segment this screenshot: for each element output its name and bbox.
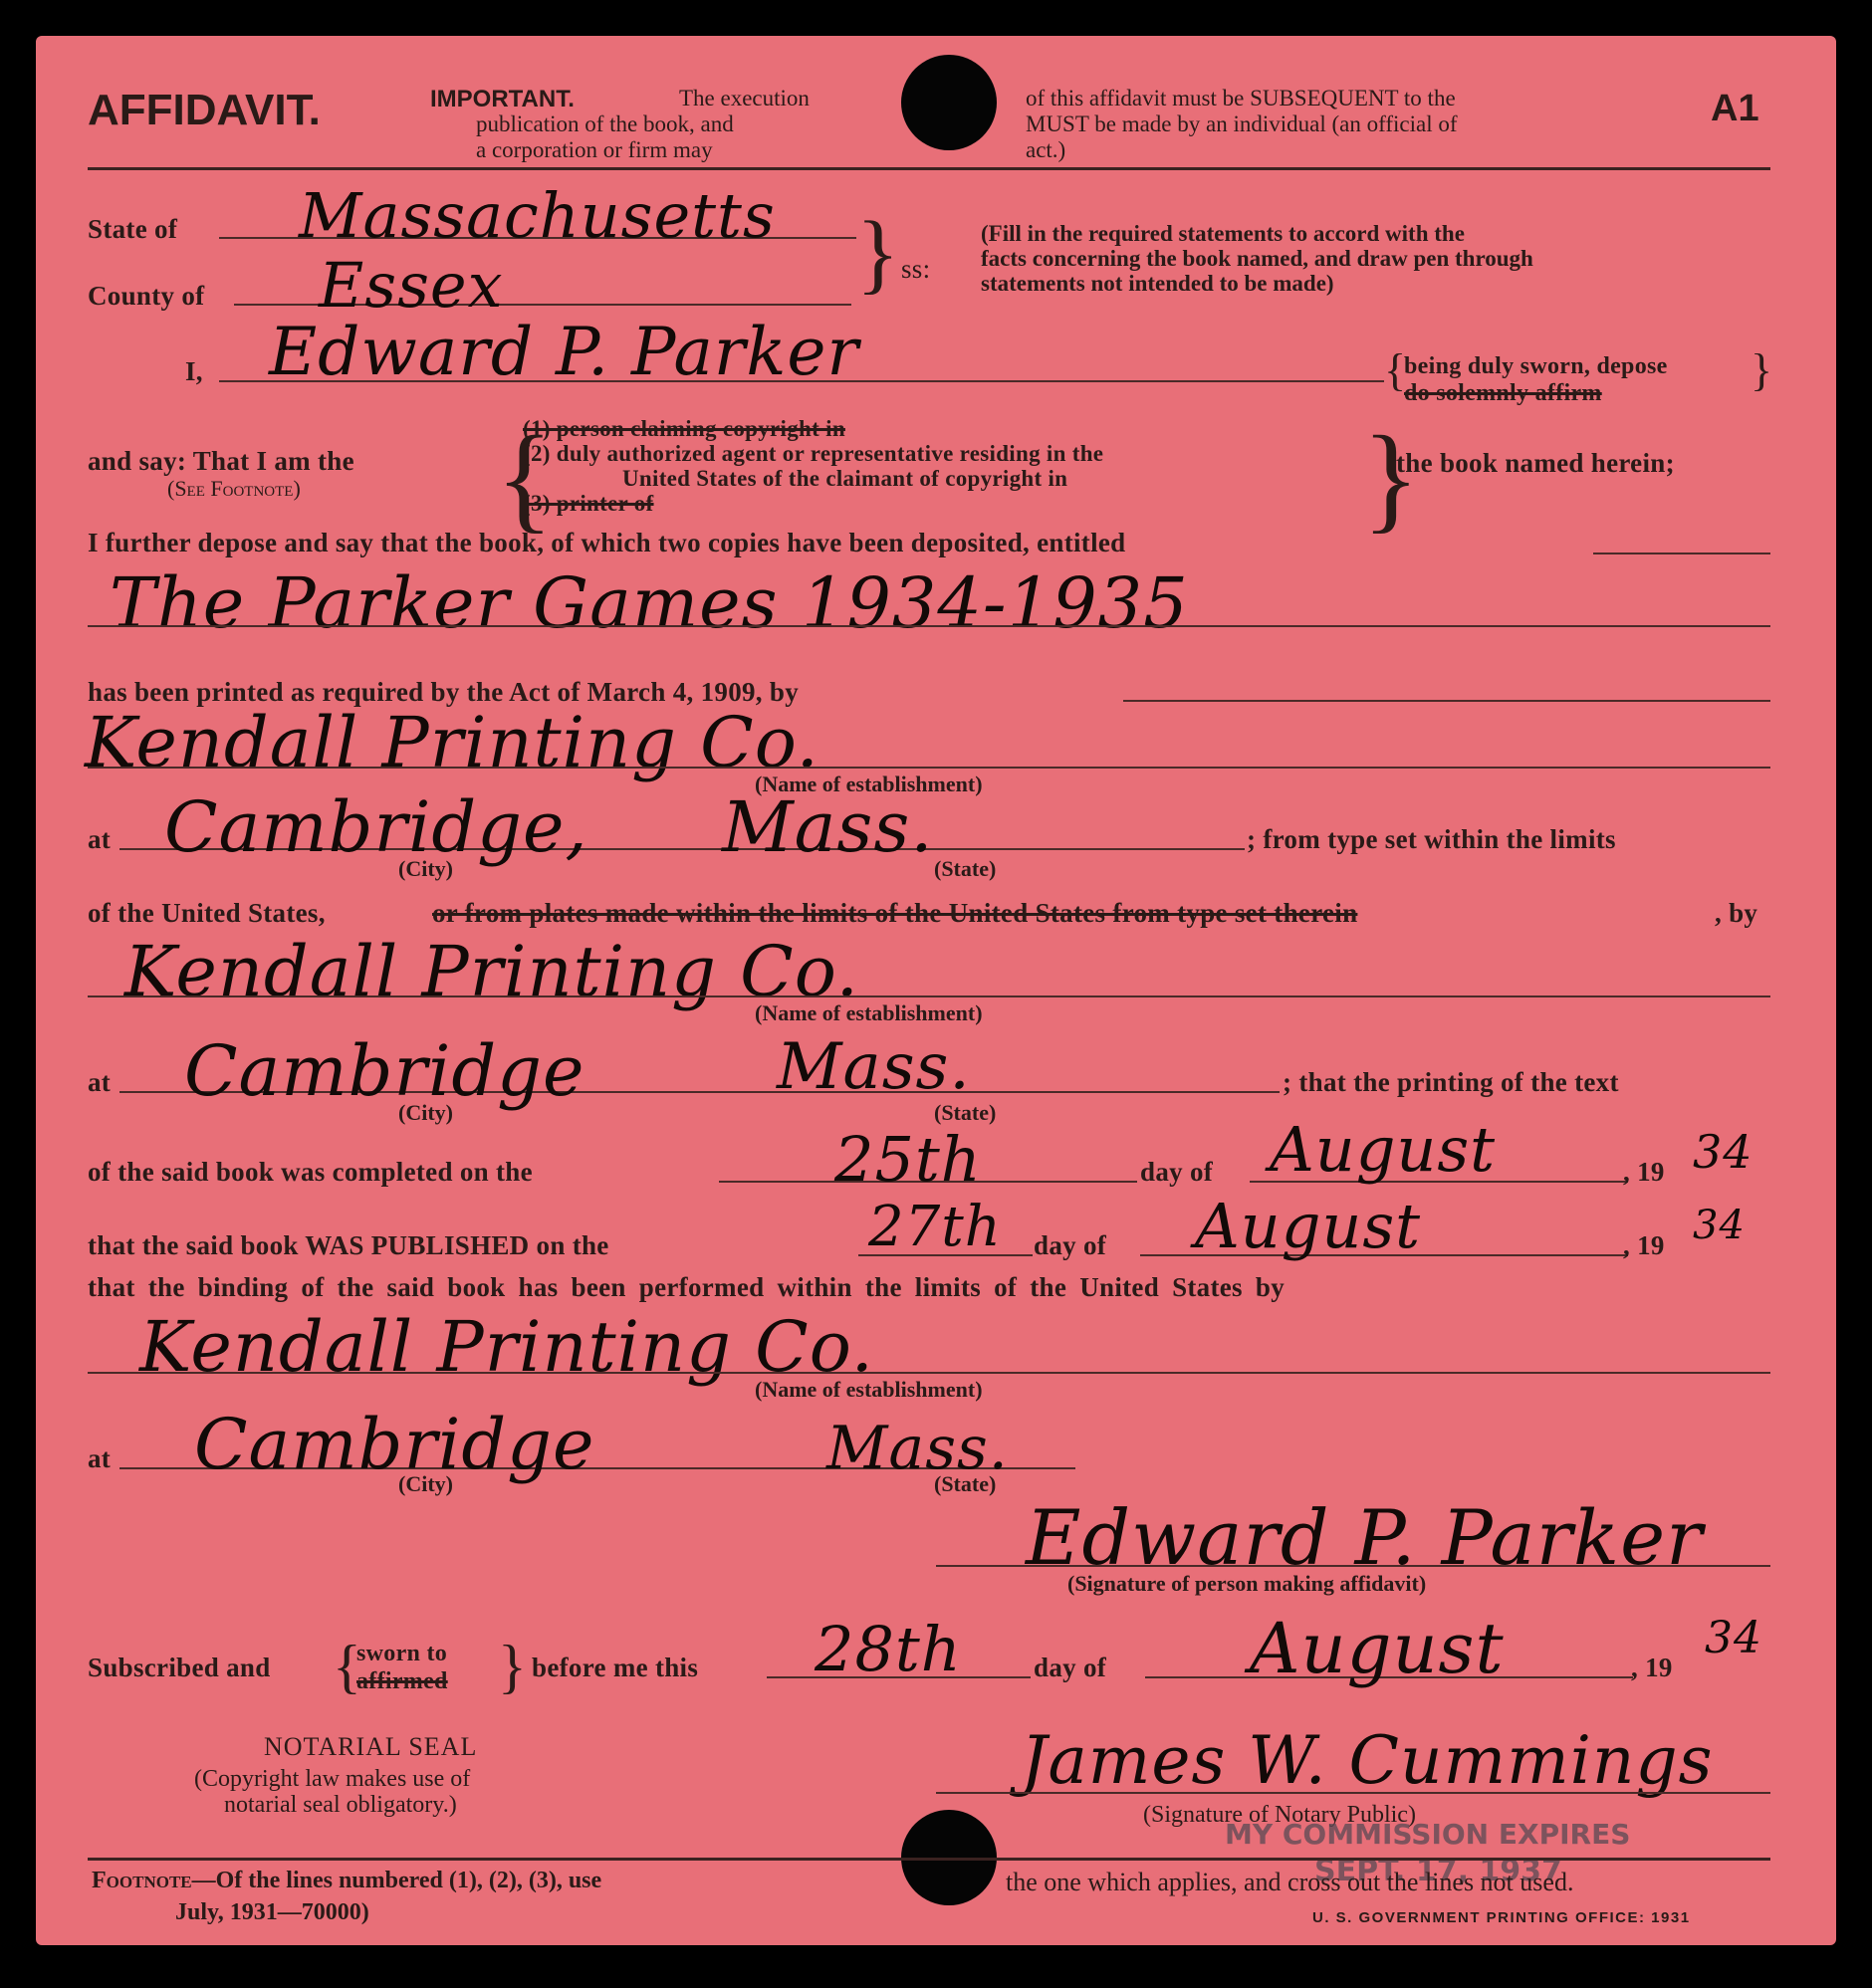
plates-at: at <box>88 1067 111 1098</box>
binding-establishment[interactable]: Kendall Printing Co. <box>139 1306 874 1388</box>
notarial-seal-note-1: (Copyright law makes use of <box>194 1766 470 1793</box>
plates-city-caption: (City) <box>398 1100 453 1126</box>
plates-city[interactable]: Cambridge <box>184 1030 585 1112</box>
county-value[interactable]: Essex <box>319 249 504 322</box>
jurat-before: before me this <box>532 1653 698 1683</box>
plates-suffix2: ; that the printing of the text <box>1283 1067 1619 1098</box>
publication-day-of: day of <box>1034 1230 1106 1261</box>
completion-day-of: day of <box>1140 1157 1213 1188</box>
jurat-option-sworn: sworn to <box>356 1641 447 1667</box>
oath-option-depose: being duly sworn, depose <box>1404 353 1668 380</box>
footnote-label: Footnote—Of the lines numbered (1), (2),… <box>92 1868 601 1894</box>
completion-year[interactable]: 34 <box>1693 1125 1754 1179</box>
publication-day[interactable]: 27th <box>868 1195 1002 1259</box>
oath-option-affirm: do solemnly affirm <box>1404 380 1602 407</box>
printing-city[interactable]: Cambridge, <box>164 786 588 868</box>
jurat-year[interactable]: 34 <box>1705 1613 1762 1663</box>
notary-signature[interactable]: James W. Cummings <box>1021 1722 1713 1799</box>
important-text-1: The execution <box>679 86 810 111</box>
printing-at: at <box>88 824 111 855</box>
important-text-6: act.) <box>1026 137 1065 163</box>
footnote-label-text: Footnote <box>92 1868 192 1893</box>
see-footnote: (See Footnote) <box>167 476 301 502</box>
capacity-option-2b: United States of the claimant of copyrig… <box>622 466 1067 492</box>
printing-city-caption: (City) <box>398 856 453 882</box>
binding-city[interactable]: Cambridge <box>194 1404 594 1485</box>
venue-brace: } <box>856 209 899 299</box>
oath-brace-right: } <box>1751 343 1772 396</box>
printing-establishment-line <box>88 767 1770 769</box>
instructions-3: statements not intended to be made) <box>981 271 1334 297</box>
book-intro-line <box>1593 552 1770 554</box>
affiant-name[interactable]: Edward P. Parker <box>269 314 859 390</box>
printing-state-caption: (State) <box>934 856 996 882</box>
binding-establishment-line <box>88 1372 1770 1374</box>
affiant-prefix: I, <box>185 356 203 387</box>
binding-label: that the binding of the said book has be… <box>88 1272 1285 1303</box>
state-label: State of <box>88 214 177 245</box>
plates-suffix: , by <box>1715 898 1757 929</box>
binding-establishment-caption: (Name of establishment) <box>755 1377 983 1403</box>
plates-establishment[interactable]: Kendall Printing Co. <box>124 931 859 1012</box>
footnote-left-text: —Of the lines numbered (1), (2), (3), us… <box>192 1868 602 1893</box>
notary-signature-line <box>936 1792 1770 1794</box>
instructions-1: (Fill in the required statements to acco… <box>981 221 1465 247</box>
jurat-year-prefix: , 19 <box>1631 1653 1673 1683</box>
notarial-seal-note-2: notarial seal obligatory.) <box>224 1792 457 1819</box>
capacity-option-1: (1) person claiming copyright in <box>523 416 845 442</box>
important-text-2: publication of the book, and <box>476 111 734 137</box>
printer-imprint: U. S. GOVERNMENT PRINTING OFFICE: 1931 <box>1312 1909 1691 1926</box>
book-title[interactable]: The Parker Games 1934-1935 <box>110 562 1189 644</box>
plates-state[interactable]: Mass. <box>777 1030 971 1104</box>
instructions-2: facts concerning the book named, and dra… <box>981 246 1533 272</box>
punch-hole-top <box>901 55 997 150</box>
form-title: AFFIDAVIT. <box>88 86 321 135</box>
form-edition: July, 1931—70000) <box>175 1899 369 1926</box>
plates-prefix: of the United States, <box>88 898 326 929</box>
footnote-right-text: the one which applies, and cross out the… <box>1006 1868 1573 1897</box>
jurat-month[interactable]: August <box>1250 1608 1505 1689</box>
plates-struck-clause: or from plates made within the limits of… <box>432 898 1357 929</box>
capacity-option-3: (3) printer of <box>523 491 654 517</box>
commission-stamp-line1: MY COMMISSION EXPIRES <box>1225 1818 1630 1851</box>
completion-day[interactable]: 25th <box>834 1123 982 1196</box>
book-title-line <box>88 625 1770 627</box>
jurat-option-affirmed: affirmed <box>356 1668 448 1695</box>
plates-establishment-line <box>88 995 1770 997</box>
important-label: IMPORTANT. <box>430 86 575 113</box>
book-intro: I further depose and say that the book, … <box>88 528 1126 558</box>
binding-state-caption: (State) <box>934 1471 996 1497</box>
capacity-label: and say: That I am the <box>88 446 354 477</box>
printing-state[interactable]: Mass. <box>722 786 934 868</box>
jurat-label: Subscribed and <box>88 1653 271 1683</box>
jurat-brace-right: } <box>498 1633 527 1701</box>
completion-label: of the said book was completed on the <box>88 1157 533 1188</box>
plates-establishment-caption: (Name of establishment) <box>755 1000 983 1026</box>
capacity-option-2: (2) duly authorized agent or representat… <box>523 441 1103 467</box>
important-text-3: a corporation or firm may <box>476 137 713 163</box>
affiant-signature-caption: (Signature of person making affidavit) <box>1067 1571 1426 1597</box>
ss-label: ss: <box>901 254 930 285</box>
publication-year[interactable]: 34 <box>1693 1203 1746 1248</box>
important-text-5: MUST be made by an individual (an offici… <box>1026 111 1458 137</box>
header-divider <box>88 167 1770 170</box>
affiant-signature[interactable]: Edward P. Parker <box>1026 1493 1703 1582</box>
completion-month[interactable]: August <box>1270 1113 1496 1186</box>
affiant-signature-line <box>936 1565 1770 1567</box>
oath-brace-left: { <box>1384 343 1406 396</box>
printing-establishment[interactable]: Kendall Printing Co. <box>85 702 819 783</box>
jurat-day[interactable]: 28th <box>815 1613 962 1685</box>
publication-label: that the said book WAS PUBLISHED on the <box>88 1230 609 1261</box>
publication-month[interactable]: August <box>1195 1190 1421 1262</box>
important-text-4: of this affidavit must be SUBSEQUENT to … <box>1026 86 1456 111</box>
form-code: A1 <box>1711 88 1759 130</box>
printing-suffix: ; from type set within the limits <box>1247 824 1616 855</box>
completion-year-prefix: , 19 <box>1623 1157 1665 1188</box>
notarial-seal-title: NOTARIAL SEAL <box>264 1732 477 1762</box>
jurat-day-of: day of <box>1034 1653 1106 1683</box>
binding-at: at <box>88 1443 111 1474</box>
county-label: County of <box>88 281 204 312</box>
capacity-suffix: the book named herein; <box>1396 448 1675 479</box>
binding-city-caption: (City) <box>398 1471 453 1497</box>
printing-intro-line <box>1123 700 1770 702</box>
state-value[interactable]: Massachusetts <box>299 179 776 252</box>
footer-divider <box>88 1858 1770 1861</box>
publication-year-prefix: , 19 <box>1623 1230 1665 1261</box>
